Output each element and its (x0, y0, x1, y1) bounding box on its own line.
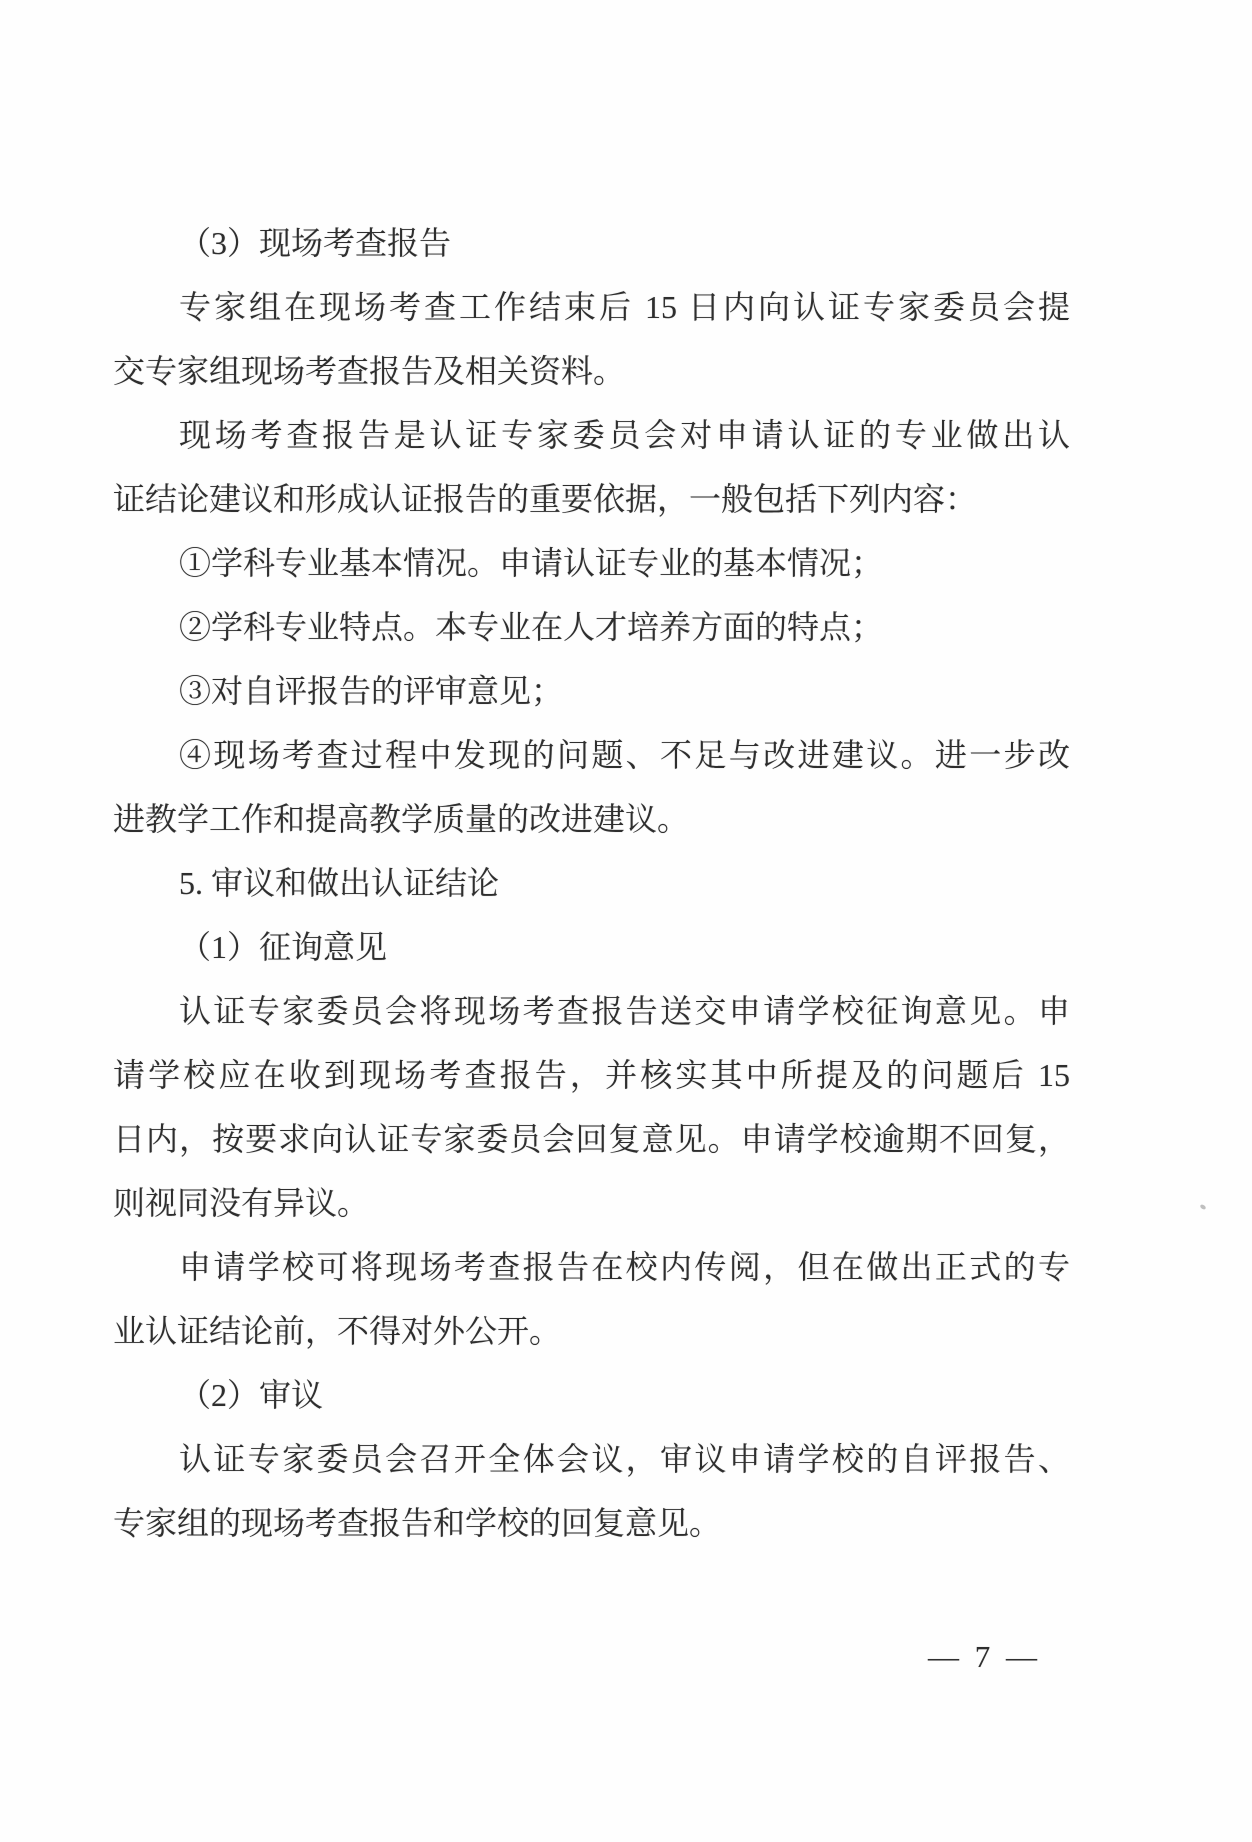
text-line: 专家组的现场考查报告和学校的回复意见。 (113, 1491, 1070, 1555)
text-line: 业认证结论前，不得对外公开。 (113, 1299, 1070, 1363)
scanned-document-page: （3）现场考查报告专家组在现场考查工作结束后 15 日内向认证专家委员会提交专家… (0, 0, 1252, 1842)
text-line: 证结论建议和形成认证报告的重要依据，一般包括下列内容： (113, 467, 1070, 531)
text-block: （3）现场考查报告专家组在现场考查工作结束后 15 日内向认证专家委员会提交专家… (113, 211, 1070, 1555)
text-line: 认证专家委员会召开全体会议，审议申请学校的自评报告、 (113, 1427, 1070, 1491)
text-line: 交专家组现场考查报告及相关资料。 (113, 339, 1070, 403)
page-number: — 7 — (928, 1636, 1041, 1678)
text-line: （2）审议 (113, 1363, 1070, 1427)
text-line: 日内，按要求向认证专家委员会回复意见。申请学校逾期不回复， (113, 1107, 1070, 1171)
text-line: 申请学校可将现场考查报告在校内传阅，但在做出正式的专 (113, 1235, 1070, 1299)
text-line: ③对自评报告的评审意见； (113, 659, 1070, 723)
text-line: 请学校应在收到现场考查报告，并核实其中所提及的问题后 15 (113, 1043, 1070, 1107)
text-line: 专家组在现场考查工作结束后 15 日内向认证专家委员会提 (113, 275, 1070, 339)
text-line: 则视同没有异议。 (113, 1171, 1070, 1235)
text-line: （3）现场考查报告 (113, 211, 1070, 275)
scan-speck (1199, 1204, 1206, 1211)
text-line: （1）征询意见 (113, 915, 1070, 979)
text-line: ④现场考查过程中发现的问题、不足与改进建议。进一步改 (113, 723, 1070, 787)
text-line: 5. 审议和做出认证结论 (113, 851, 1070, 915)
text-line: 进教学工作和提高教学质量的改进建议。 (113, 787, 1070, 851)
text-line: ①学科专业基本情况。申请认证专业的基本情况； (113, 531, 1070, 595)
text-line: ②学科专业特点。本专业在人才培养方面的特点； (113, 595, 1070, 659)
text-line: 认证专家委员会将现场考查报告送交申请学校征询意见。申 (113, 979, 1070, 1043)
text-line: 现场考查报告是认证专家委员会对申请认证的专业做出认 (113, 403, 1070, 467)
